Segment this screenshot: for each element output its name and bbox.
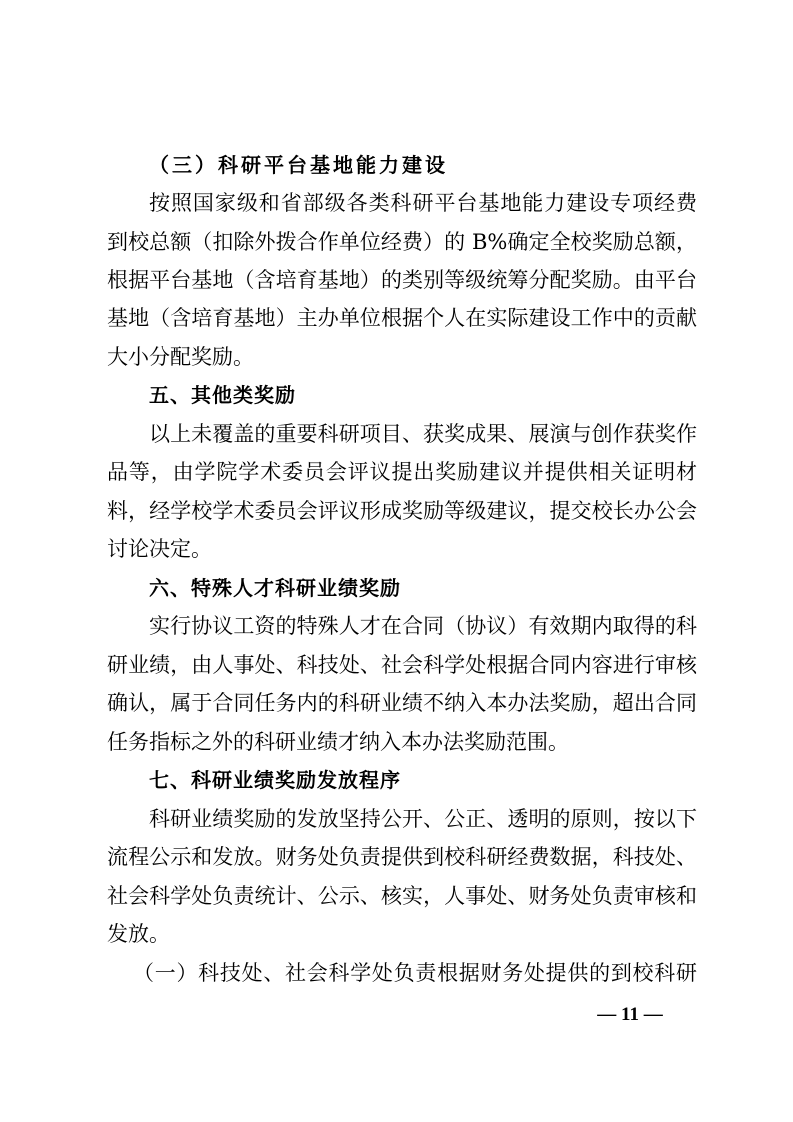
paragraph-line: （一）科技处、社会科学处负责根据财务处提供的到校科研 (133, 958, 697, 988)
paragraph-line: 根据平台基地（含培育基地）的类别等级统筹分配奖励。由平台 (107, 265, 697, 295)
paragraph-line: 流程公示和发放。财务处负责提供到校科研经费数据，科技处、 (107, 842, 697, 872)
paragraph-line: 按照国家级和省部级各类科研平台基地能力建设专项经费 (149, 188, 697, 218)
paragraph-line: 研业绩，由人事处、科技处、社会科学处根据合同内容进行审核 (107, 650, 697, 680)
paragraph-line: 发放。 (107, 919, 697, 949)
paragraph-line: 实行协议工资的特殊人才在合同（协议）有效期内取得的科 (149, 611, 697, 641)
paragraph-line: 以上未覆盖的重要科研项目、获奖成果、展演与创作获奖作 (149, 419, 697, 449)
paragraph-line: 基地（含培育基地）主办单位根据个人在实际建设工作中的贡献 (107, 303, 697, 333)
page-number: — 11 — (592, 1001, 668, 1029)
paragraph-line: 料，经学校学术委员会评议形成奖励等级建议，提交校长办公会 (107, 496, 697, 526)
paragraph-line: 确认，属于合同任务内的科研业绩不纳入本办法奖励，超出合同 (107, 688, 697, 718)
document-page: （三）科研平台基地能力建设 按照国家级和省部级各类科研平台基地能力建设专项经费 … (0, 0, 793, 1122)
section-heading-platform-capacity: （三）科研平台基地能力建设 (149, 150, 448, 180)
paragraph-line: 社会科学处负责统计、公示、核实，人事处、财务处负责审核和 (107, 881, 697, 911)
paragraph-line: 到校总额（扣除外拨合作单位经费）的 B%确定全校奖励总额， (107, 227, 697, 257)
paragraph-line: 科研业绩奖励的发放坚持公开、公正、透明的原则，按以下 (149, 804, 697, 834)
paragraph-line: 大小分配奖励。 (107, 342, 697, 372)
section-heading-distribution-procedure: 七、科研业绩奖励发放程序 (149, 765, 401, 795)
section-heading-special-talent: 六、特殊人才科研业绩奖励 (149, 573, 401, 603)
paragraph-line: 品等，由学院学术委员会评议提出奖励建议并提供相关证明材 (107, 457, 697, 487)
section-heading-other-awards: 五、其他类奖励 (149, 380, 296, 410)
paragraph-line: 任务指标之外的科研业绩才纳入本办法奖励范围。 (107, 727, 697, 757)
paragraph-line: 讨论决定。 (107, 534, 697, 564)
